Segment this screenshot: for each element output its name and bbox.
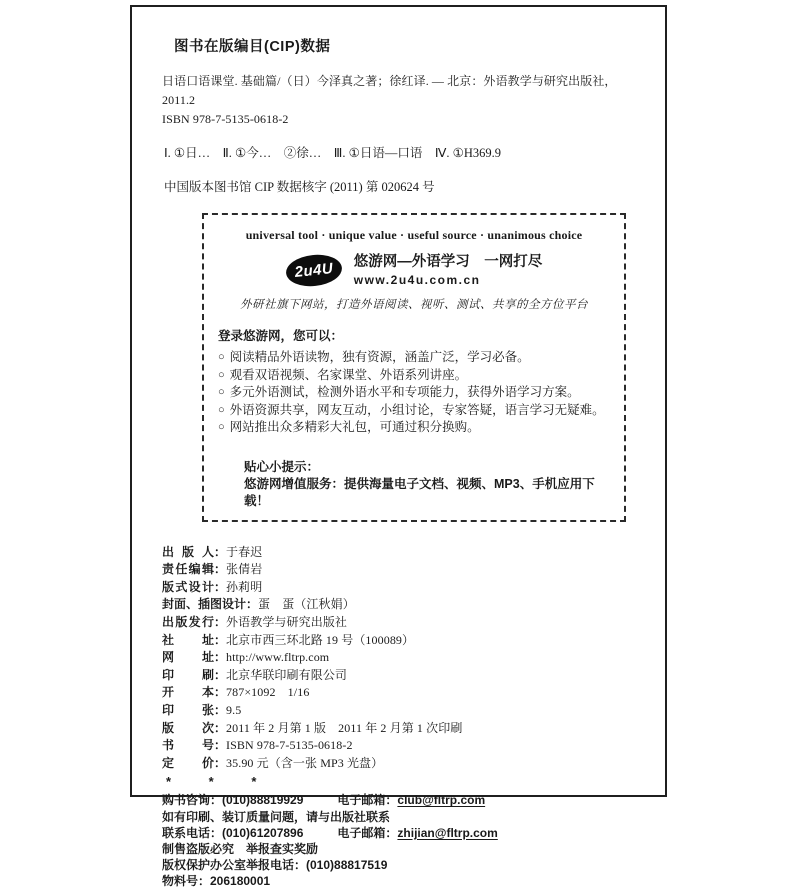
quality-issue-line: 如有印刷、装订质量问题，请与出版社联系 xyxy=(162,809,639,825)
promo-slogan: universal tool · unique value · useful s… xyxy=(218,228,610,243)
cip-description-line: 日语口语课堂. 基础篇/（日）今泽真之著；徐红译. — 北京：外语教学与研究出版… xyxy=(162,74,617,107)
colophon: 出版人：于春迟 责任编辑：张倩岩 版式设计：孙莉明 封面、插图设计：蛋 蛋（江秋… xyxy=(162,544,639,773)
colophon-row-price: 定价：35.90 元（含一张 MP3 光盘） xyxy=(162,755,639,773)
colophon-value: 9.5 xyxy=(226,703,241,717)
colophon-label: 出版人 xyxy=(162,544,214,562)
colophon-value: 外语教学与研究出版社 xyxy=(226,615,347,629)
colophon-colon: ： xyxy=(214,738,226,752)
colophon-colon: ： xyxy=(214,650,226,664)
colophon-label: 印张 xyxy=(162,702,214,720)
colophon-label: 印刷 xyxy=(162,667,214,685)
circle-bullet-icon: ○ xyxy=(218,367,225,385)
contact-block: 购书咨询：(010)88819929电子邮箱：club@fltrp.com 如有… xyxy=(162,792,639,889)
colophon-value: 北京市西三环北路 19 号（100089） xyxy=(226,633,414,647)
colophon-label: 责任编辑 xyxy=(162,561,214,579)
contact-phone-line: 联系电话：(010)61207896电子邮箱：zhijian@fltrp.com xyxy=(162,825,639,841)
colophon-row-cover-design: 封面、插图设计：蛋 蛋（江秋娟） xyxy=(162,596,639,614)
feature-text: 多元外语测试，检测外语水平和专项能力，获得外语学习方案。 xyxy=(230,384,580,402)
site-text-block: 悠游网—外语学习 一网打尽 www.2u4u.com.cn xyxy=(354,253,543,288)
colophon-value: 2011 年 2 月第 1 版 2011 年 2 月第 1 次印刷 xyxy=(226,721,462,735)
colophon-value: 于春迟 xyxy=(226,545,262,559)
promo-intro: 外研社旗下网站，打造外语阅读、视听、测试、共享的全方位平台 xyxy=(218,296,610,312)
site-title: 悠游网—外语学习 一网打尽 xyxy=(354,253,543,271)
cip-classification: Ⅰ. ①日… Ⅱ. ①今… ②徐… Ⅲ. ①日语—口语 Ⅳ. ①H369.9 xyxy=(164,143,639,161)
email-label: 电子邮箱： xyxy=(337,825,397,841)
zhijian-email: zhijian@fltrp.com xyxy=(397,826,497,840)
colophon-colon: ： xyxy=(214,756,226,770)
colophon-row-address: 社址：北京市西三环北路 19 号（100089） xyxy=(162,632,639,650)
circle-bullet-icon: ○ xyxy=(218,419,225,437)
colophon-row-printer: 印刷：北京华联印刷有限公司 xyxy=(162,667,639,685)
feature-text: 阅读精品外语读物，独有资源，涵盖广泛，学习必备。 xyxy=(230,349,530,367)
colophon-value: http://www.fltrp.com xyxy=(226,650,329,664)
feature-item: ○ 外语资源共享，网友互动，小组讨论，专家答疑，语言学习无疑难。 xyxy=(218,402,610,420)
copyright-office-line: 版权保护办公室举报电话：(010)88817519 xyxy=(162,857,639,873)
colophon-colon: ： xyxy=(214,580,226,594)
colophon-colon: ： xyxy=(214,545,226,559)
feature-item: ○ 阅读精品外语读物，独有资源，涵盖广泛，学习必备。 xyxy=(218,349,610,367)
colophon-row-website: 网址：http://www.fltrp.com xyxy=(162,649,639,667)
circle-bullet-icon: ○ xyxy=(218,402,225,420)
purchase-inquiry-line: 购书咨询：(010)88819929电子邮箱：club@fltrp.com xyxy=(162,792,639,808)
scan-background: { "cip": { "heading": "图书在版编目(CIP)数据", "… xyxy=(0,0,800,800)
club-email: club@fltrp.com xyxy=(397,793,485,807)
feature-text: 网站推出众多精彩大礼包，可通过积分换购。 xyxy=(230,419,480,437)
colophon-row-publisher: 出版发行：外语教学与研究出版社 xyxy=(162,614,639,632)
anti-piracy-line: 制售盗版必究 举报查实奖励 xyxy=(162,841,639,857)
asterisk-divider: * * * xyxy=(166,775,639,789)
colophon-label: 版式设计 xyxy=(162,579,214,597)
colophon-colon: ： xyxy=(214,668,226,682)
login-heading: 登录悠游网，您可以： xyxy=(218,326,610,344)
colophon-label: 社址 xyxy=(162,632,214,650)
colophon-value: 蛋 蛋（江秋娟） xyxy=(258,597,355,611)
2u4u-logo-icon: 2u4U xyxy=(284,252,343,289)
colophon-label: 书号 xyxy=(162,737,214,755)
colophon-row-publisher-person: 出版人：于春迟 xyxy=(162,544,639,562)
colophon-colon: ： xyxy=(214,615,226,629)
colophon-colon: ： xyxy=(214,685,226,699)
feature-item: ○ 网站推出众多精彩大礼包，可通过积分换购。 xyxy=(218,419,610,437)
colophon-value: 孙莉明 xyxy=(226,580,262,594)
feature-text: 观看双语视频、名家课堂、外语系列讲座。 xyxy=(230,367,468,385)
email-label: 电子邮箱： xyxy=(337,792,397,808)
colophon-colon: ： xyxy=(214,721,226,735)
colophon-colon: ： xyxy=(214,562,226,576)
colophon-label: 开本 xyxy=(162,684,214,702)
feature-text: 外语资源共享，网友互动，小组讨论，专家答疑，语言学习无疑难。 xyxy=(230,402,605,420)
copyright-page: 图书在版编目(CIP)数据 日语口语课堂. 基础篇/（日）今泽真之著；徐红译. … xyxy=(130,5,667,797)
colophon-row-isbn: 书号：ISBN 978-7-5135-0618-2 xyxy=(162,737,639,755)
tip-text: 悠游网增值服务：提供海量电子文档、视频、MP3、手机应用下载！ xyxy=(244,476,610,510)
promo-box: universal tool · unique value · useful s… xyxy=(202,213,626,522)
colophon-value: 张倩岩 xyxy=(226,562,262,576)
feature-item: ○ 多元外语测试，检测外语水平和专项能力，获得外语学习方案。 xyxy=(218,384,610,402)
cip-isbn-line: ISBN 978-7-5135-0618-2 xyxy=(162,112,289,126)
purchase-phone: 购书咨询：(010)88819929 xyxy=(162,793,303,807)
colophon-label: 出版发行 xyxy=(162,614,214,632)
tip-heading: 贴心小提示： xyxy=(244,459,610,476)
site-logo-row: 2u4U 悠游网—外语学习 一网打尽 www.2u4u.com.cn xyxy=(218,253,610,288)
colophon-label: 网址 xyxy=(162,649,214,667)
colophon-value: 35.90 元（含一张 MP3 光盘） xyxy=(226,756,383,770)
circle-bullet-icon: ○ xyxy=(218,349,225,367)
colophon-value: ISBN 978-7-5135-0618-2 xyxy=(226,738,353,752)
cip-description: 日语口语课堂. 基础篇/（日）今泽真之著；徐红译. — 北京：外语教学与研究出版… xyxy=(162,72,639,129)
tip-block: 贴心小提示： 悠游网增值服务：提供海量电子文档、视频、MP3、手机应用下载！ xyxy=(244,459,610,510)
cip-heading: 图书在版编目(CIP)数据 xyxy=(174,35,639,56)
feature-item: ○ 观看双语视频、名家课堂、外语系列讲座。 xyxy=(218,367,610,385)
colophon-row-edition: 版次：2011 年 2 月第 1 版 2011 年 2 月第 1 次印刷 xyxy=(162,720,639,738)
colophon-colon: ： xyxy=(214,633,226,647)
colophon-row-format: 开本：787×1092 1/16 xyxy=(162,684,639,702)
cip-section: 图书在版编目(CIP)数据 日语口语课堂. 基础篇/（日）今泽真之著；徐红译. … xyxy=(162,35,639,195)
site-url: www.2u4u.com.cn xyxy=(354,273,543,288)
colophon-colon: ： xyxy=(246,597,258,611)
colophon-label: 版次 xyxy=(162,720,214,738)
colophon-row-sheets: 印张：9.5 xyxy=(162,702,639,720)
colophon-colon: ： xyxy=(214,703,226,717)
material-number-line: 物料号：206180001 xyxy=(162,873,639,889)
colophon-row-layout-design: 版式设计：孙莉明 xyxy=(162,579,639,597)
2u4u-logo-text: 2u4U xyxy=(294,260,334,281)
contact-phone: 联系电话：(010)61207896 xyxy=(162,826,303,840)
colophon-value: 787×1092 1/16 xyxy=(226,685,309,699)
colophon-label: 封面、插图设计 xyxy=(162,596,246,614)
colophon-value: 北京华联印刷有限公司 xyxy=(226,668,347,682)
colophon-label: 定价 xyxy=(162,755,214,773)
cip-record-number: 中国版本图书馆 CIP 数据核字 (2011) 第 020624 号 xyxy=(164,177,639,195)
circle-bullet-icon: ○ xyxy=(218,384,225,402)
colophon-row-editor: 责任编辑：张倩岩 xyxy=(162,561,639,579)
